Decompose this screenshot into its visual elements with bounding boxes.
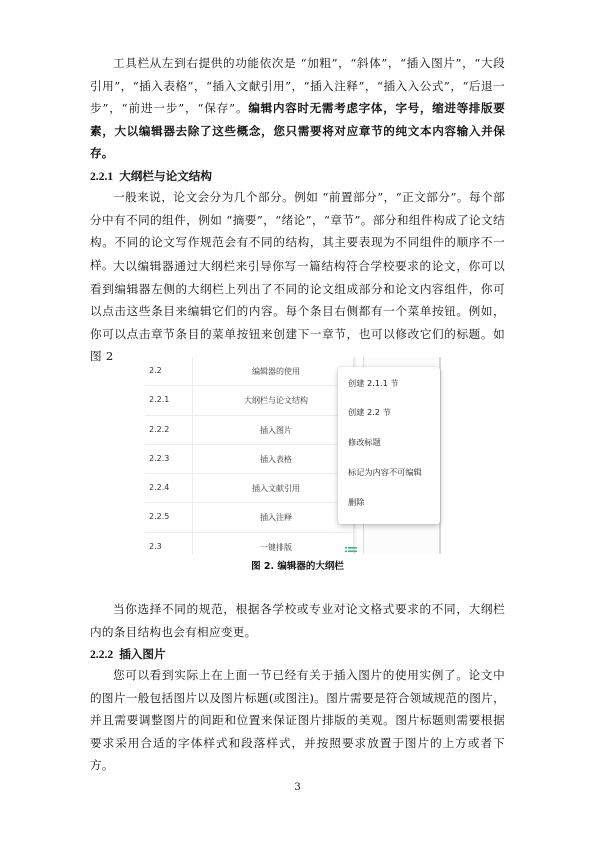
outline-row[interactable]: 2.2.3插入表格 — [145, 445, 355, 474]
outline-number: 2.3 — [149, 542, 162, 551]
outline-number: 2.2 — [149, 366, 162, 375]
outline-row[interactable]: 2.2.4插入文献引用 — [145, 474, 355, 503]
figure-outline-screenshot: 2.2编辑器的使用 2.2.1大纲栏与论文结构 2.2.2插入图片 2.2.3插… — [145, 357, 455, 554]
menu-item-create-2-2[interactable]: 创建 2.2 节 — [348, 407, 391, 418]
outline-row[interactable]: 2.3一键排版 — [145, 533, 355, 554]
outline-divider — [192, 357, 193, 554]
paragraph-toolbar-functions: 工具栏从左到右提供的功能依次是 “加粗”，“斜体”，“插入图片”，“大段引用”，… — [90, 52, 505, 165]
document-page: 工具栏从左到右提供的功能依次是 “加粗”，“斜体”，“插入图片”，“大段引用”，… — [0, 0, 595, 842]
outline-title: 一键排版 — [197, 542, 355, 553]
outline-row[interactable]: 2.2.5插入注释 — [145, 503, 355, 532]
paragraph-outline-bar: 大以编辑器通过大纲栏来引导你写一篇结构符合学校要求的论文，你可以看到编辑器左侧的… — [90, 255, 505, 368]
outline-row[interactable]: 2.2.2插入图片 — [145, 416, 355, 445]
list-menu-icon[interactable] — [345, 541, 357, 554]
outline-title: 插入注释 — [197, 512, 355, 523]
section-title: 大纲栏与论文结构 — [119, 169, 212, 183]
section-number: 2.2.1 — [90, 170, 113, 183]
outline-list: 2.2编辑器的使用 2.2.1大纲栏与论文结构 2.2.2插入图片 2.2.3插… — [145, 357, 355, 554]
menu-item-rename[interactable]: 修改标题 — [348, 437, 381, 448]
outline-number: 2.2.1 — [149, 395, 169, 404]
menu-item-delete[interactable]: 删除 — [348, 497, 364, 508]
outline-title: 插入图片 — [197, 425, 355, 436]
outline-number: 2.2.2 — [149, 425, 169, 434]
outline-row[interactable]: 2.2.1大纲栏与论文结构 — [145, 386, 355, 415]
menu-item-mark-readonly[interactable]: 标记为内容不可编辑 — [348, 467, 422, 478]
paragraph-spec-changes: 当你选择不同的规范，根据各学校或专业对论文格式要求的不同，大纲栏内的条目结构也会… — [90, 598, 505, 643]
outline-row[interactable]: 2.2编辑器的使用 — [145, 357, 355, 386]
paragraph-insert-image: 您可以看到实际上在上面一节已经有关于插入图片的使用实例了。论文中的图片一般包括图… — [90, 664, 505, 777]
menu-item-create-2-1-1[interactable]: 创建 2.1.1 节 — [348, 378, 399, 389]
section-number: 2.2.2 — [90, 648, 113, 661]
outline-title: 编辑器的使用 — [197, 366, 355, 377]
outline-title: 插入文献引用 — [197, 483, 355, 494]
outline-number: 2.2.5 — [149, 512, 169, 521]
section-title: 插入图片 — [119, 647, 165, 661]
outline-title: 插入表格 — [197, 454, 355, 465]
outline-title: 大纲栏与论文结构 — [197, 395, 355, 406]
section-heading-2-2-1: 2.2.1大纲栏与论文结构 — [90, 166, 212, 187]
page-number: 3 — [0, 782, 595, 793]
outline-number: 2.2.3 — [149, 454, 169, 463]
figure-caption: 图 2. 编辑器的大纲栏 — [0, 558, 595, 572]
section-heading-2-2-2: 2.2.2插入图片 — [90, 644, 166, 665]
outline-number: 2.2.4 — [149, 483, 169, 492]
outline-context-menu: 创建 2.1.1 节 创建 2.2 节 修改标题 标记为内容不可编辑 删除 — [338, 367, 440, 524]
